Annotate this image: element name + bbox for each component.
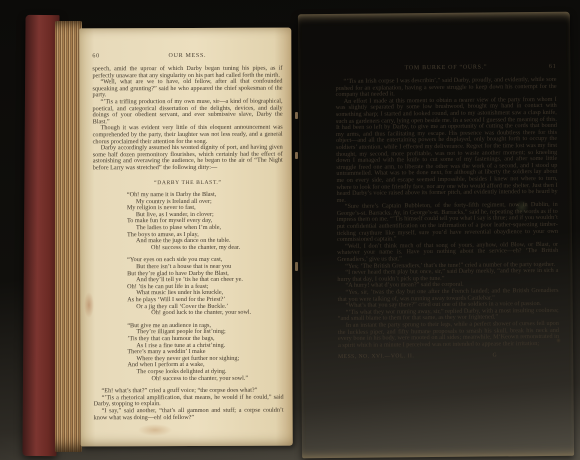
- page-fore-edges: [55, 21, 82, 452]
- binding-stitch: [295, 112, 298, 119]
- left-head-title: OUR MESS.: [118, 53, 256, 59]
- paragraph: Darby accordingly assumed his wonted dig…: [93, 145, 283, 172]
- paragraph: An effort I made at this moment to obtai…: [336, 97, 558, 205]
- verse-line: Oh! success to the chanter, my dear.: [151, 245, 283, 252]
- left-running-head: 60 OUR MESS.: [92, 53, 282, 60]
- paragraph: Though it was evident very little of thi…: [93, 125, 283, 145]
- paragraph: “’Tis a trifling production of my own mu…: [93, 99, 283, 126]
- right-body-text: “’Tis an Irish corpse I was describin’,”…: [335, 77, 559, 349]
- binding-stitch: [295, 152, 298, 159]
- left-page-text-block: 60 OUR MESS. speech, amid the uproar of …: [92, 53, 283, 422]
- right-page-footer: MESS, NO. XVI.—VOL. II. G: [338, 352, 559, 360]
- song-verse-2: “Your eyes on each side you may cast, Bu…: [127, 257, 283, 317]
- paragraph: “Well, what are we to have, old fellow, …: [92, 79, 282, 99]
- footer-imprint: MESS, NO. XVI.—VOL. II.: [338, 354, 414, 361]
- paragraph: “Sure there’s Captain Bubbleton, of the …: [337, 202, 558, 244]
- right-page: TOM BURKE OF “OURS.” 61 “’Tis an Irish c…: [298, 12, 574, 459]
- verse-line: Oh! good luck to the chanter, your sowl.: [151, 310, 283, 317]
- left-page: 60 OUR MESS. speech, amid the uproar of …: [79, 28, 292, 447]
- right-page-text-block: TOM BURKE OF “OURS.” 61 “’Tis an Irish c…: [335, 64, 559, 360]
- signature-mark: G: [493, 353, 498, 359]
- paragraph: “I say,” said another, “that’s all gammo…: [94, 408, 284, 422]
- right-running-head: TOM BURKE OF “OURS.” 61: [335, 64, 556, 72]
- left-page-number: 60: [92, 53, 118, 59]
- verse-line: Oh! success to the chanter, your sowl.”: [151, 375, 283, 382]
- book-photograph: 60 OUR MESS. speech, amid the uproar of …: [0, 0, 580, 460]
- right-page-number: 61: [530, 64, 556, 70]
- song-verse-3: “But give me an audience in rags, They’r…: [127, 322, 283, 382]
- book-cover-edge: [22, 15, 59, 456]
- binding-stitch: [295, 262, 298, 271]
- paragraph: In an instant the party sprung to their …: [338, 321, 559, 349]
- right-head-title: TOM BURKE OF “OURS.”: [361, 64, 530, 72]
- song-verse-1: “Oh! my name it is Darby the Blast, My c…: [127, 192, 283, 252]
- song-title: “DARBY THE BLAST.”: [93, 179, 283, 186]
- left-body-text: speech, amid the uproar of which Darby b…: [92, 66, 283, 422]
